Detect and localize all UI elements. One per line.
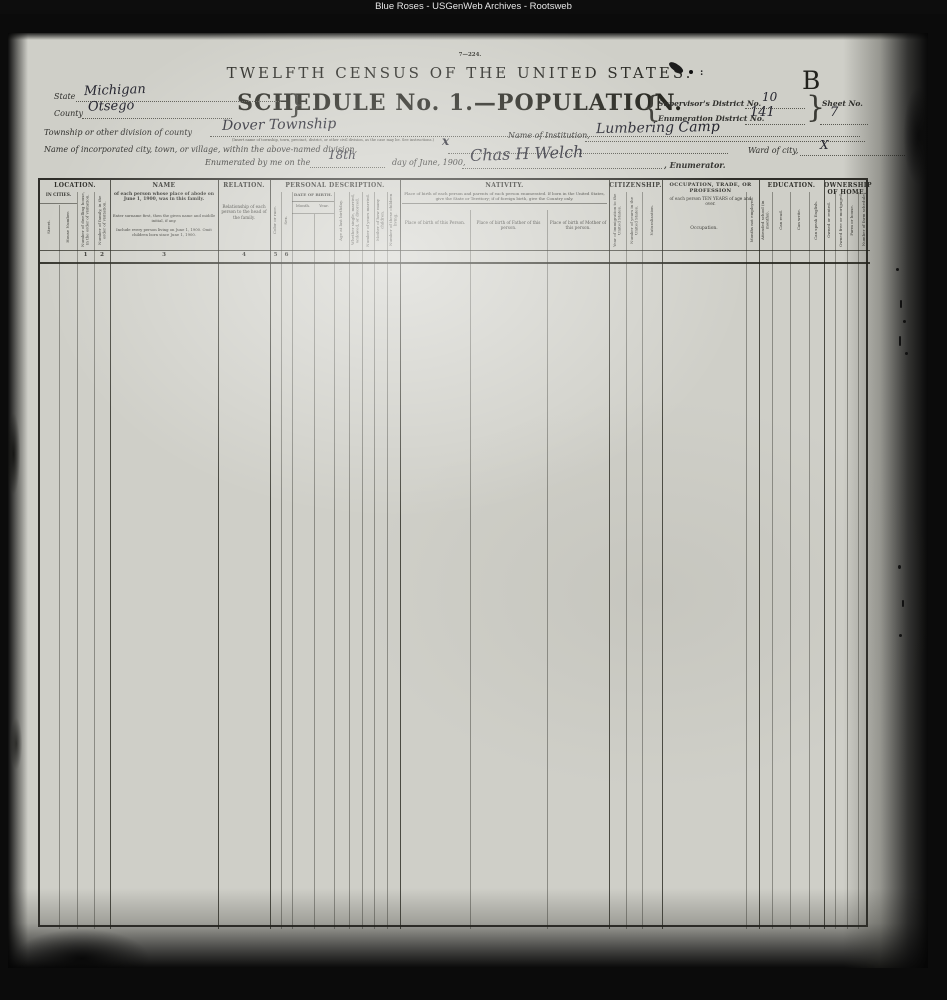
column-header-text: Whether single, married, widowed, or div… xyxy=(351,192,360,248)
column-header-text: Sex. xyxy=(284,216,288,225)
column-header-street: Street. xyxy=(40,205,59,248)
column-header-schedule: Number of farm schedule. xyxy=(858,192,870,248)
grid-vline xyxy=(626,192,627,929)
county-value: Otsego xyxy=(88,98,135,115)
grid-vline xyxy=(349,192,350,929)
grid-vline xyxy=(362,192,363,929)
grid-vline xyxy=(759,180,760,929)
name-desc1: of each person whose place of abode on J… xyxy=(112,192,216,203)
grid-vline xyxy=(374,192,375,929)
grid-vline xyxy=(746,192,747,929)
column-header-years_us: Number of years in the United States. xyxy=(626,192,642,248)
grid-vline xyxy=(110,180,111,929)
column-header-age: Age at last birthday. xyxy=(334,192,349,248)
column-header-text: Number of these children living. xyxy=(389,192,398,248)
column-header-text: Can read. xyxy=(779,210,783,230)
enumerated-rest: day of June, 1900, xyxy=(392,158,466,167)
column-header-immigration: Year of immigration to the United States… xyxy=(609,192,626,248)
column-header-text: Number of dwelling house, in the order o… xyxy=(81,192,90,248)
sheet-value: 7 xyxy=(830,105,838,120)
column-header-owned: Owned or rented. xyxy=(824,192,835,248)
column-header-text: Can write. xyxy=(797,209,801,230)
section-title: PERSONAL DESCRIPTION. xyxy=(270,182,400,189)
census-scan-page: Blue Roses - USGenWeb Archives - Rootswe… xyxy=(0,0,947,1000)
city-mark: x xyxy=(442,134,449,148)
township-label: Township or other division of county xyxy=(44,128,192,137)
ink-mark: : xyxy=(700,68,703,78)
grid-vline xyxy=(77,192,78,929)
state-label: State xyxy=(54,92,75,101)
census-title: TWELFTH CENSUS OF THE UNITED STATES. xyxy=(120,64,800,82)
form-number: 7—224. xyxy=(400,52,540,58)
enumeration-district-value: 141 xyxy=(750,105,775,120)
column-header-text: Can speak English. xyxy=(814,201,818,240)
section-title: NAME xyxy=(110,182,218,189)
window-title-bar: Blue Roses - USGenWeb Archives - Rootswe… xyxy=(0,0,947,14)
column-header-text: Year of immigration to the United States… xyxy=(613,192,622,248)
column-number: 3 xyxy=(110,252,218,258)
brace: } xyxy=(288,90,305,120)
column-number: 1 xyxy=(77,252,94,258)
grid-vline xyxy=(790,192,791,929)
grid-vline xyxy=(334,192,335,929)
enumerator-label: , Enumerator. xyxy=(664,160,726,170)
city-label: Name of incorporated city, town, or vill… xyxy=(44,145,357,154)
township-note: (Insert name of township, town, precinct… xyxy=(232,138,447,142)
nativity-father: Place of birth of Father of this person. xyxy=(472,220,545,231)
sheet-label: Sheet No. xyxy=(822,99,863,108)
grid-vline xyxy=(281,192,282,929)
column-header-sex: Sex. xyxy=(281,192,292,248)
grid-vline xyxy=(314,214,315,929)
relation-desc: Relationship of each person to the head … xyxy=(220,204,268,220)
column-header-school: Attended school (in months). xyxy=(759,192,772,248)
column-header-text: Number of family, in the order of visita… xyxy=(98,192,107,248)
nativity-mother: Place of birth of Mother of this person. xyxy=(549,220,607,231)
column-header-dwelling: Number of dwelling house, in the order o… xyxy=(77,192,94,248)
column-header-text: House Number. xyxy=(66,211,70,243)
column-header-farm: Farm or house. xyxy=(847,192,858,248)
grid-vline xyxy=(270,180,271,929)
nativity-desc: Place of birth of each person and parent… xyxy=(402,191,607,204)
name-desc2: Enter surname first, then the given name… xyxy=(112,214,216,223)
column-header-text: Attended school (in months). xyxy=(761,192,770,248)
grid-vline xyxy=(858,192,859,929)
grid-vline xyxy=(662,180,663,929)
dob-label: DATE OF BIRTH. xyxy=(292,192,334,202)
grid-vline xyxy=(218,180,219,929)
occupation-sublabel: Occupation. xyxy=(664,226,744,231)
grid-hline xyxy=(40,262,870,264)
column-number: 4 xyxy=(218,252,270,258)
census-table: LOCATION.NAMERELATION.PERSONAL DESCRIPTI… xyxy=(38,178,868,927)
column-header-mortgaged: Owned free or mortgaged. xyxy=(835,192,847,248)
grid-vline xyxy=(400,180,401,929)
county-label: County xyxy=(54,109,83,118)
section-title: EDUCATION. xyxy=(759,182,824,189)
section-title: OCCUPATION, TRADE, OR PROFESSION xyxy=(662,183,759,195)
grid-vline xyxy=(642,192,643,929)
ward-value: X xyxy=(820,138,829,152)
column-header-write: Can write. xyxy=(790,192,809,248)
dob-year-label: Year. xyxy=(314,203,334,214)
column-number: 6 xyxy=(281,252,292,258)
column-header-children_living: Number of these children living. xyxy=(387,192,400,248)
grid-vline xyxy=(847,192,848,929)
grid-vline xyxy=(809,192,810,929)
grid-vline xyxy=(94,192,95,929)
grid-vline xyxy=(59,205,60,929)
in-cities-box: IN CITIES. xyxy=(40,192,77,204)
nativity-person: Place of birth of this Person. xyxy=(402,220,468,225)
column-header-color: Color or race. xyxy=(270,192,281,248)
column-header-text: Mother of how many children. xyxy=(376,192,385,248)
grid-vline xyxy=(835,192,836,929)
column-header-text: Owned or rented. xyxy=(827,202,831,238)
section-title: RELATION. xyxy=(218,182,270,189)
enumerator-signature: Chas H Welch xyxy=(470,142,584,165)
grid-vline xyxy=(609,180,610,929)
grid-vline xyxy=(824,180,825,929)
column-header-text: Naturalization. xyxy=(650,205,654,236)
township-value: Dover Township xyxy=(222,116,337,134)
section-title: LOCATION. xyxy=(40,182,110,189)
supervisor-district-value: 10 xyxy=(762,90,777,104)
column-header-house: House Number. xyxy=(59,205,77,248)
column-number: 2 xyxy=(94,252,110,258)
institution-value: Lumbering Camp xyxy=(596,119,720,137)
enumerated-day: 18th xyxy=(328,148,356,162)
column-header-family: Number of family, in the order of visita… xyxy=(94,192,110,248)
column-header-read: Can read. xyxy=(772,192,790,248)
dob-month-label: Month. xyxy=(292,203,314,214)
column-header-text: Number of farm schedule. xyxy=(862,193,866,246)
enumerated-label: Enumerated by me on the xyxy=(205,158,310,167)
grid-vline xyxy=(470,210,471,929)
section-title: CITIZENSHIP. xyxy=(609,182,662,189)
column-header-mother_children: Mother of how many children. xyxy=(374,192,387,248)
grid-vline xyxy=(292,192,293,929)
grid-vline xyxy=(772,192,773,929)
grid-vline xyxy=(547,210,548,929)
section-title: NATIVITY. xyxy=(400,182,609,189)
column-header-years_married: Number of years married. xyxy=(362,192,374,248)
grid-vline xyxy=(387,192,388,929)
column-header-text: Color or race. xyxy=(273,206,277,234)
column-header-naturalization: Naturalization. xyxy=(642,192,662,248)
column-number: 5 xyxy=(270,252,281,258)
state-value: Michigan xyxy=(84,82,146,99)
window-title: Blue Roses - USGenWeb Archives - Rootswe… xyxy=(375,1,572,12)
column-header-text: Farm or house. xyxy=(850,205,854,236)
grid-hline xyxy=(40,250,870,251)
column-header-text: Number of years in the United States. xyxy=(630,192,639,248)
ward-label: Ward of city, xyxy=(748,146,798,155)
institution-label: Name of Institution, xyxy=(508,131,590,140)
column-header-english: Can speak English. xyxy=(809,192,824,248)
occupation-desc: of each person TEN YEARS of age and over… xyxy=(664,197,757,207)
column-header-text: Age at last birthday. xyxy=(339,200,343,241)
column-header-text: Number of years married. xyxy=(366,194,370,247)
column-header-marital: Whether single, married, widowed, or div… xyxy=(349,192,362,248)
column-header-months_unemployed: Months not employed. xyxy=(746,192,759,248)
column-header-text: Owned free or mortgaged. xyxy=(839,193,843,247)
column-header-text: Street. xyxy=(47,220,51,234)
name-desc3: Include every person living on June 1, 1… xyxy=(112,228,216,237)
column-header-text: Months not employed. xyxy=(750,197,754,242)
